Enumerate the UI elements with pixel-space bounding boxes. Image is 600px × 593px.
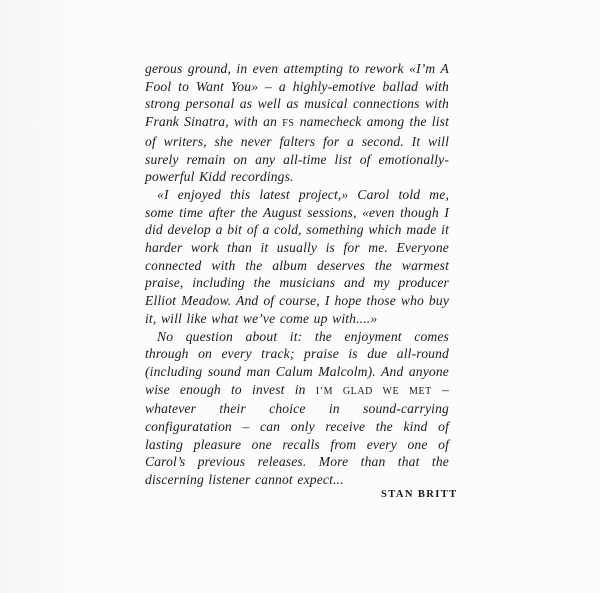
small-caps-title: FS <box>282 118 294 129</box>
paragraph: gerous ground, in even attempting to rew… <box>145 60 449 186</box>
paragraph: «I enjoyed this latest project,» Carol t… <box>145 186 449 328</box>
liner-notes-page: gerous ground, in even attempting to rew… <box>0 0 600 593</box>
author-signature: STAN BRITT <box>381 489 458 500</box>
small-caps-title: I’m Glad We Met <box>316 386 432 397</box>
paragraph: No question about it: the enjoyment come… <box>145 328 449 489</box>
paragraph-text: «I enjoyed this latest project,» Carol t… <box>145 187 449 326</box>
liner-notes-body: gerous ground, in even attempting to rew… <box>145 60 449 489</box>
paragraph-text: – whatever their choice in sound-carryin… <box>145 382 449 488</box>
